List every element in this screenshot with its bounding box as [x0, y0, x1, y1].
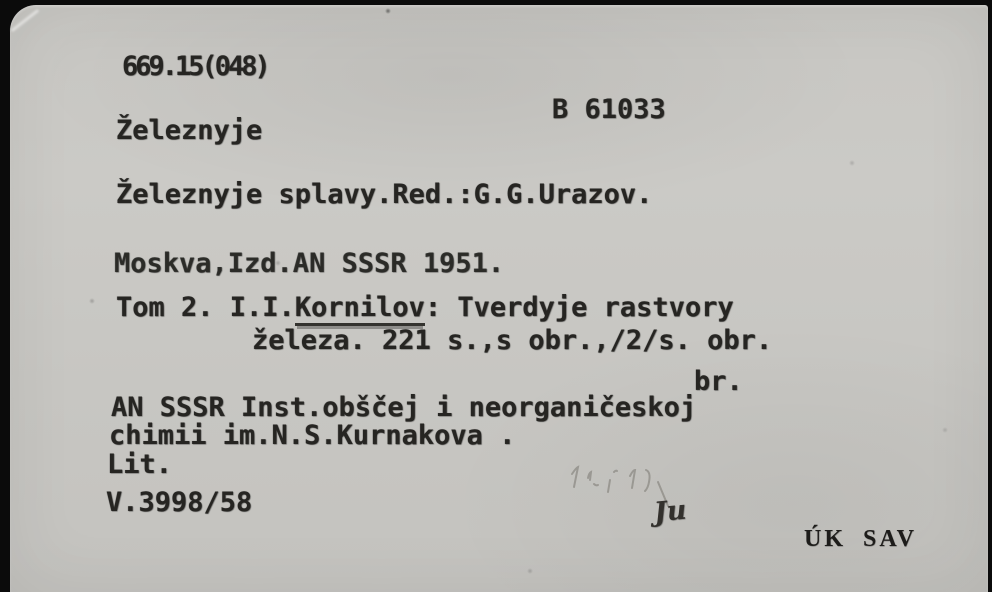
literature-note: Lit. [107, 450, 172, 480]
volume-author-underlined: Kornilov [295, 292, 425, 326]
shelf-number: V.3998/58 [106, 488, 252, 518]
volume-continuation-line2: br. [694, 367, 743, 397]
institution-line-2: chimii im.N.S.Kurnakova . [109, 421, 515, 451]
catalog-card: 669.15(048) B 61033 Železnyje Železnyje … [10, 5, 988, 592]
title-statement: Železnyje splavy.Red.:G.G.Urazov. [116, 180, 652, 210]
library-stamp: ÚK SAV [804, 526, 917, 553]
call-number: 669.15(048) [122, 52, 268, 82]
volume-prefix: Tom 2. I.I. [116, 292, 295, 323]
scanned-card: 669.15(048) B 61033 Železnyje Železnyje … [0, 0, 992, 592]
handwritten-initials: Ju [653, 495, 688, 529]
volume-line: Tom 2. I.I.Kornilov: Tverdyje rastvory [116, 293, 734, 323]
heading-entry: Železnyje [116, 116, 262, 146]
volume-continuation-line: železa. 221 s.,s obr.,/2/s. obr. [252, 326, 772, 356]
imprint-line: Moskva,Izd.AN SSSR 1951. [114, 249, 504, 279]
institution-line-1: AN SSSR Inst.obščej i neorganičeskoj [111, 393, 696, 423]
volume-suffix: : Tverdyje rastvory [425, 292, 734, 323]
card-corner-highlight [11, 9, 40, 32]
accession-number: B 61033 [552, 95, 666, 125]
